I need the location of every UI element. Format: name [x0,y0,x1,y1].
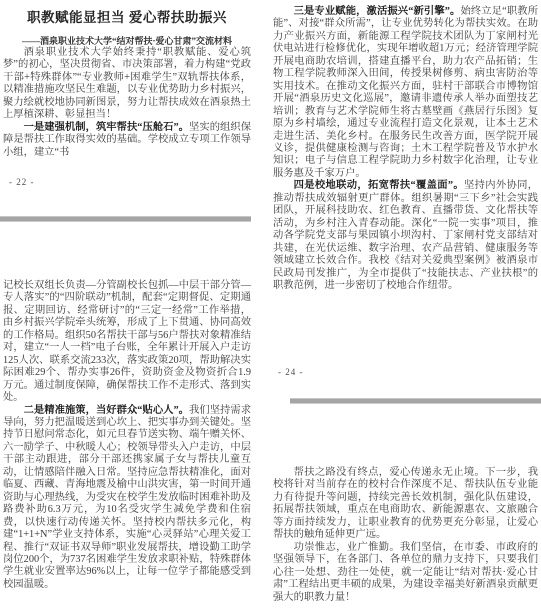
section-3-paragraph: 三是专业赋能，激活振兴“新引擎”。始终立足“职教所能”、对接“群众所需”，让专业… [273,6,538,180]
page-24: 三是专业赋能，激活振兴“新引擎”。始终立足“职教所能”、对接“群众所需”，让专业… [273,6,538,292]
page-number-22: - 22 - [9,177,35,187]
page-number-24: - 24 - [278,367,304,377]
section-4-text: 坚持内外协同，推动帮扶成效辐射更广群体。组织暑期“三下乡”社会实践团队，开展科技… [273,180,538,291]
closing-paragraph-text: 功崇惟志，业广惟勤。我们坚信，在市委、市政府的坚强领导下，在各部门、各单位的鼎力… [273,542,538,603]
section-4-paragraph: 四是校地联动，拓宽帮扶“覆盖面”。坚持内外协同，推动帮扶成效辐射更广群体。组织暑… [273,180,538,292]
page-divider-left [0,216,251,222]
continuation-paragraph-text: 记校长双组长负责—分管副校长包抓—中层干部分管—专人落实”的“四阶联动”机制，配… [3,280,251,403]
page-25: 帮扶之路没有终点，爱心传递永无止境。下一步，我校将针对当前存在的校村合作深度不足… [273,467,538,604]
document-viewer: { "document": { "title": "职教赋能显担当 爱心帮扶助振… [0,0,541,613]
outlook-paragraph-text: 帮扶之路没有终点，爱心传递永无止境。下一步，我校将针对当前存在的校村合作深度不足… [273,467,538,540]
section-3-heading: 三是专业赋能，激活振兴“新引擎”。 [294,6,461,17]
outlook-paragraph: 帮扶之路没有终点，爱心传递永无止境。下一步，我校将针对当前存在的校村合作深度不足… [273,467,538,542]
document-subtitle: ——酒泉职业技术大学“结对帮扶·爱心甘肃”交流材料 [3,34,251,47]
section-3-text: 始终立足“职教所能”、对接“群众所需”，让专业优势转化为帮扶实效。在助力产业振兴… [273,6,538,179]
page-22: 职教赋能显担当 爱心帮扶助振兴 ——酒泉职业技术大学“结对帮扶·爱心甘肃”交流材… [3,0,251,159]
page-divider-right [290,398,541,404]
intro-paragraph: 酒泉职业技术大学始终秉持“职教赋能、爱心筑梦”的初心，坚决贯彻省、市决策部署，着… [3,47,251,122]
section-2-heading: 二是精准施策，当好群众“贴心人”。 [24,405,189,416]
continuation-paragraph: 记校长双组长负责—分管副校长包抓—中层干部分管—专人落实”的“四阶联动”机制，配… [3,280,251,405]
section-4-heading: 四是校地联动，拓宽帮扶“覆盖面”。 [294,180,464,191]
closing-paragraph: 功崇惟志，业广惟勤。我们坚信，在市委、市政府的坚强领导下，在各部门、各单位的鼎力… [273,542,538,604]
document-title: 职教赋能显担当 爱心帮扶助振兴 [3,0,251,26]
section-2-paragraph: 二是精准施策，当好群众“贴心人”。我们坚持需求导向，努力把温暖送到心坎上、把实事… [3,405,251,592]
section-2-text: 我们坚持需求导向，努力把温暖送到心坎上、把实事办到关键处。坚持节日慰问常态化，如… [3,405,251,590]
intro-paragraph-text: 酒泉职业技术大学始终秉持“职教赋能、爱心筑梦”的初心，坚决贯彻省、市决策部署，着… [3,47,251,120]
page-23: 记校长双组长负责—分管副校长包抓—中层干部分管—专人落实”的“四阶联动”机制，配… [3,280,251,591]
section-1-paragraph: 一是建强机制，筑牢帮扶“压舱石”。坚实的组织保障是帮扶工作取得实效的基础。学校成… [3,122,251,159]
section-1-heading: 一是建强机制，筑牢帮扶“压舱石”。 [24,122,189,133]
